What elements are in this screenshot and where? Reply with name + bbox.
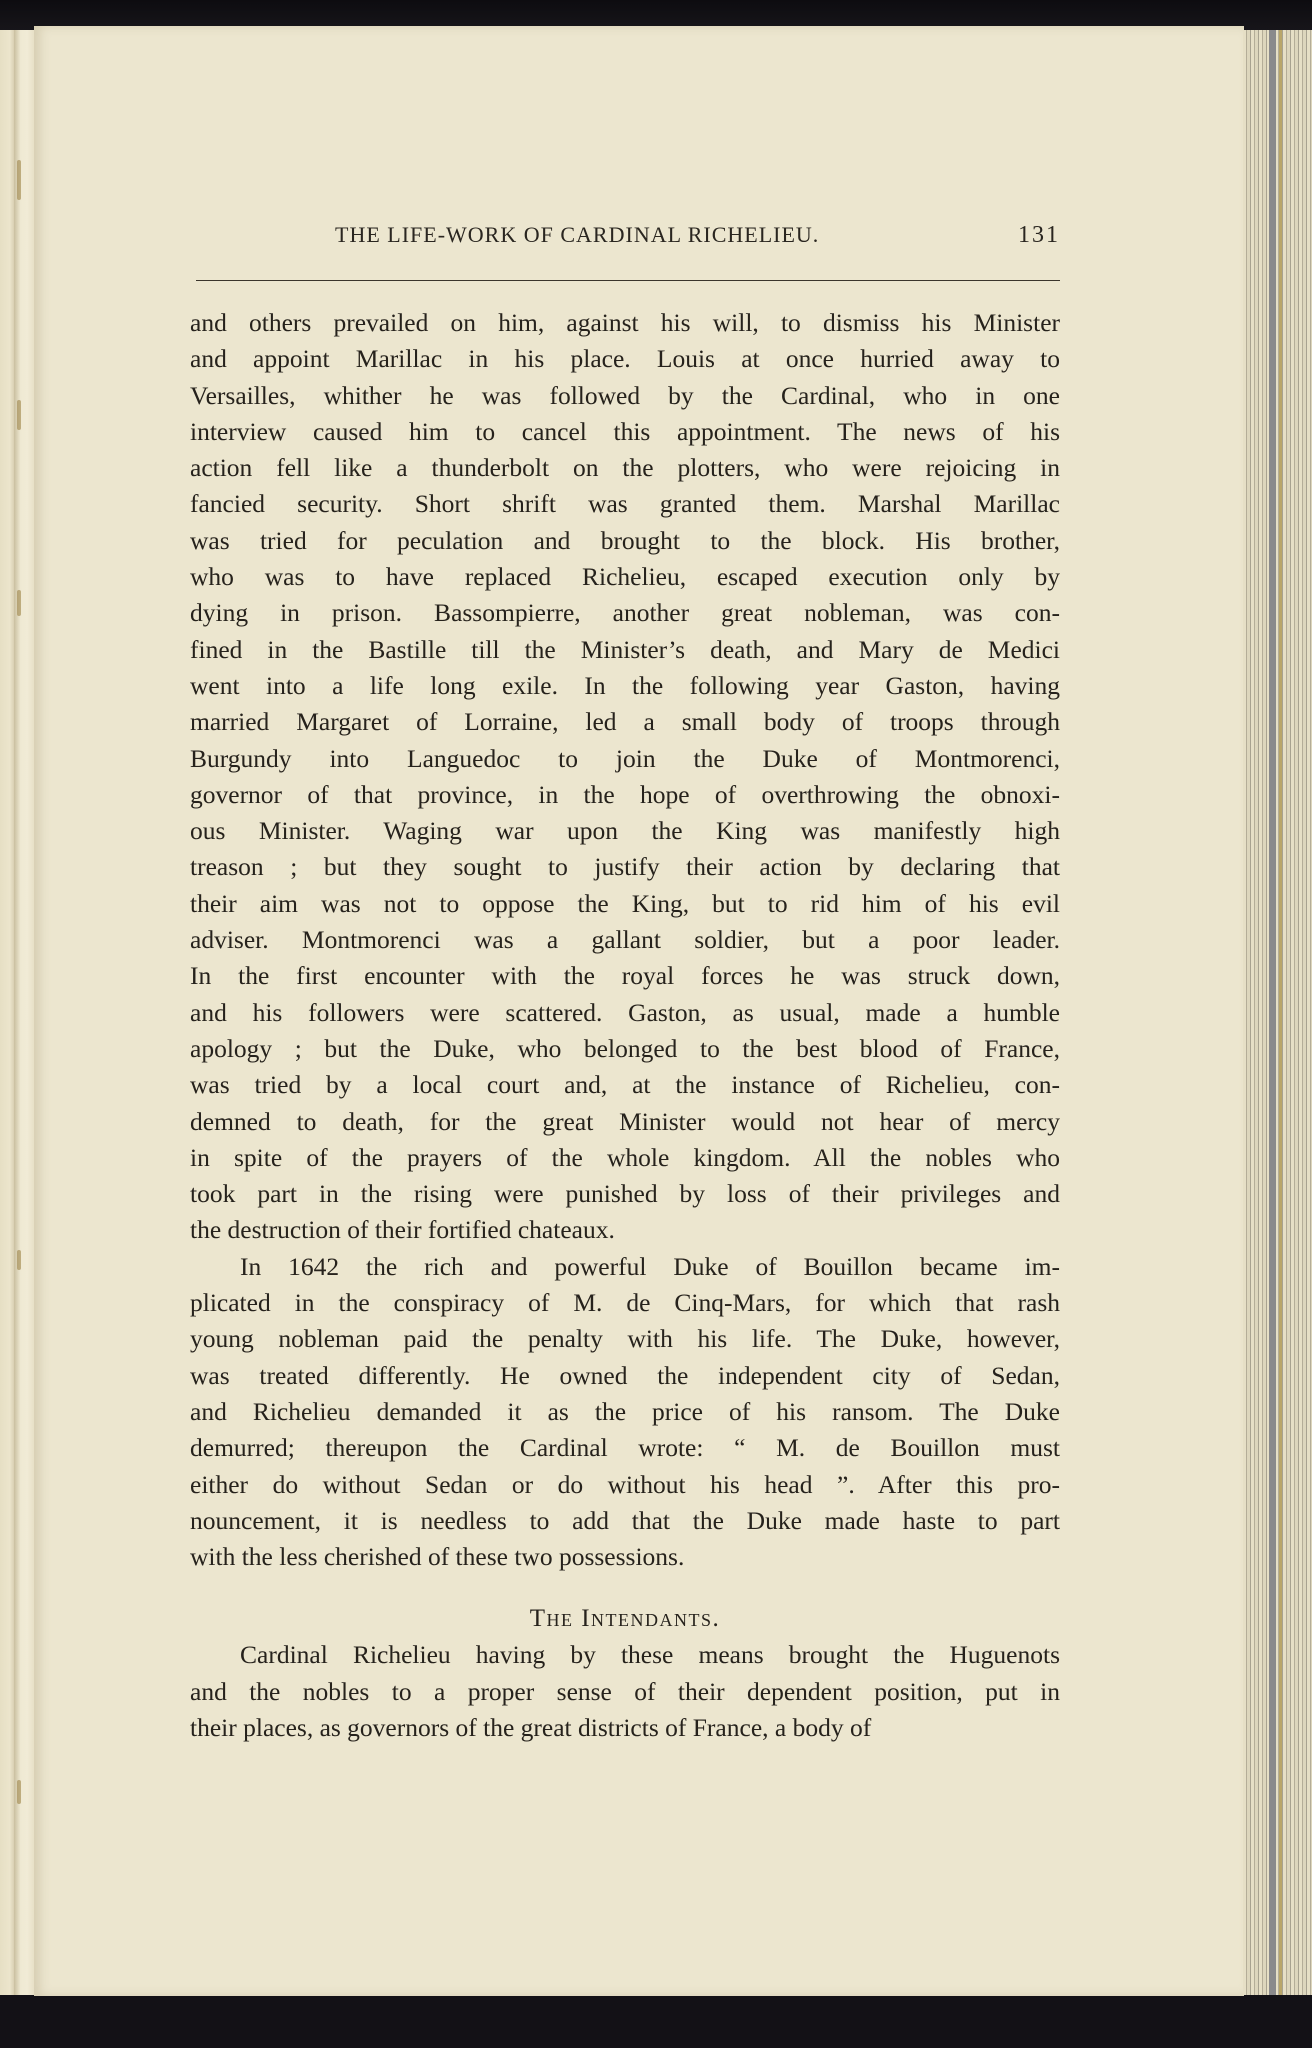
body-text: and others prevailed on him, against his… (190, 305, 1060, 1746)
running-head: THE LIFE-WORK OF CARDINAL RICHELIEU. 131 (190, 222, 1060, 256)
text-line: was tried by a local court and, at the i… (190, 1067, 1060, 1103)
text-line: In the first encounter with the royal fo… (190, 958, 1060, 994)
text-line: demned to death, for the great Minister … (190, 1104, 1060, 1140)
page-edge-shadow (1269, 30, 1276, 1995)
page-number: 131 (1018, 222, 1060, 249)
text-line: treason ; but they sought to justify the… (190, 849, 1060, 885)
text-line: took part in the rising were punished by… (190, 1176, 1060, 1212)
text-line: interview caused him to cancel this appo… (190, 414, 1060, 450)
text-line: their aim was not to oppose the King, bu… (190, 886, 1060, 922)
text-line: nouncement, it is needless to add that t… (190, 1503, 1060, 1539)
text-line: was treated differently. He owned the in… (190, 1358, 1060, 1394)
text-line: In 1642 the rich and powerful Duke of Bo… (190, 1249, 1060, 1285)
text-line: ous Minister. Waging war upon the King w… (190, 813, 1060, 849)
text-line: plicated in the conspiracy of M. de Cinq… (190, 1285, 1060, 1321)
text-line: fancied security. Short shrift was grant… (190, 486, 1060, 522)
header-rule (196, 280, 1060, 281)
stain-mark (17, 160, 21, 200)
book-gutter (14, 30, 36, 1995)
text-line: with the less cherished of these two pos… (190, 1539, 1060, 1575)
text-line: and his followers were scattered. Gaston… (190, 995, 1060, 1031)
text-line: Versailles, whither he was followed by t… (190, 378, 1060, 414)
text-line: young nobleman paid the penalty with his… (190, 1321, 1060, 1357)
text-line: went into a life long exile. In the foll… (190, 668, 1060, 704)
stain-mark (17, 1780, 21, 1804)
text-line: who was to have replaced Richelieu, esca… (190, 559, 1060, 595)
text-line: their places, as governors of the great … (190, 1710, 1060, 1746)
page-edges-stack (1243, 30, 1312, 1995)
text-line: and others prevailed on him, against his… (190, 305, 1060, 341)
text-line: and the nobles to a proper sense of thei… (190, 1674, 1060, 1710)
text-line: Cardinal Richelieu having by these means… (190, 1637, 1060, 1673)
paragraph-2: In 1642 the rich and powerful Duke of Bo… (190, 1249, 1060, 1576)
facing-page-edge (0, 30, 14, 1995)
section-heading: The Intendants. (190, 1601, 1060, 1637)
stain-mark (17, 590, 21, 616)
text-line: was tried for peculation and brought to … (190, 523, 1060, 559)
text-line: the destruction of their fortified chate… (190, 1212, 1060, 1248)
text-line: fined in the Bastille till the Minister’… (190, 632, 1060, 668)
text-line: and Richelieu demanded it as the price o… (190, 1394, 1060, 1430)
text-line: and appoint Marillac in his place. Louis… (190, 341, 1060, 377)
text-line: Burgundy into Languedoc to join the Duke… (190, 741, 1060, 777)
stain-mark (17, 400, 21, 430)
text-line: governor of that province, in the hope o… (190, 777, 1060, 813)
running-title: THE LIFE-WORK OF CARDINAL RICHELIEU. (335, 222, 819, 248)
text-line: dying in prison. Bassompierre, another g… (190, 595, 1060, 631)
text-line: in spite of the prayers of the whole kin… (190, 1140, 1060, 1176)
page-edge-gilt (1279, 30, 1282, 1995)
background-bottom (0, 1988, 1312, 2048)
text-line: either do without Sedan or do without hi… (190, 1467, 1060, 1503)
paragraph-1: and others prevailed on him, against his… (190, 305, 1060, 1249)
text-line: demurred; thereupon the Cardinal wrote: … (190, 1430, 1060, 1466)
text-line: apology ; but the Duke, who belonged to … (190, 1031, 1060, 1067)
paragraph-3: Cardinal Richelieu having by these means… (190, 1637, 1060, 1746)
text-line: action fell like a thunderbolt on the pl… (190, 450, 1060, 486)
text-line: married Margaret of Lorraine, led a smal… (190, 704, 1060, 740)
stain-mark (17, 1250, 21, 1270)
text-line: adviser. Montmorenci was a gallant soldi… (190, 922, 1060, 958)
